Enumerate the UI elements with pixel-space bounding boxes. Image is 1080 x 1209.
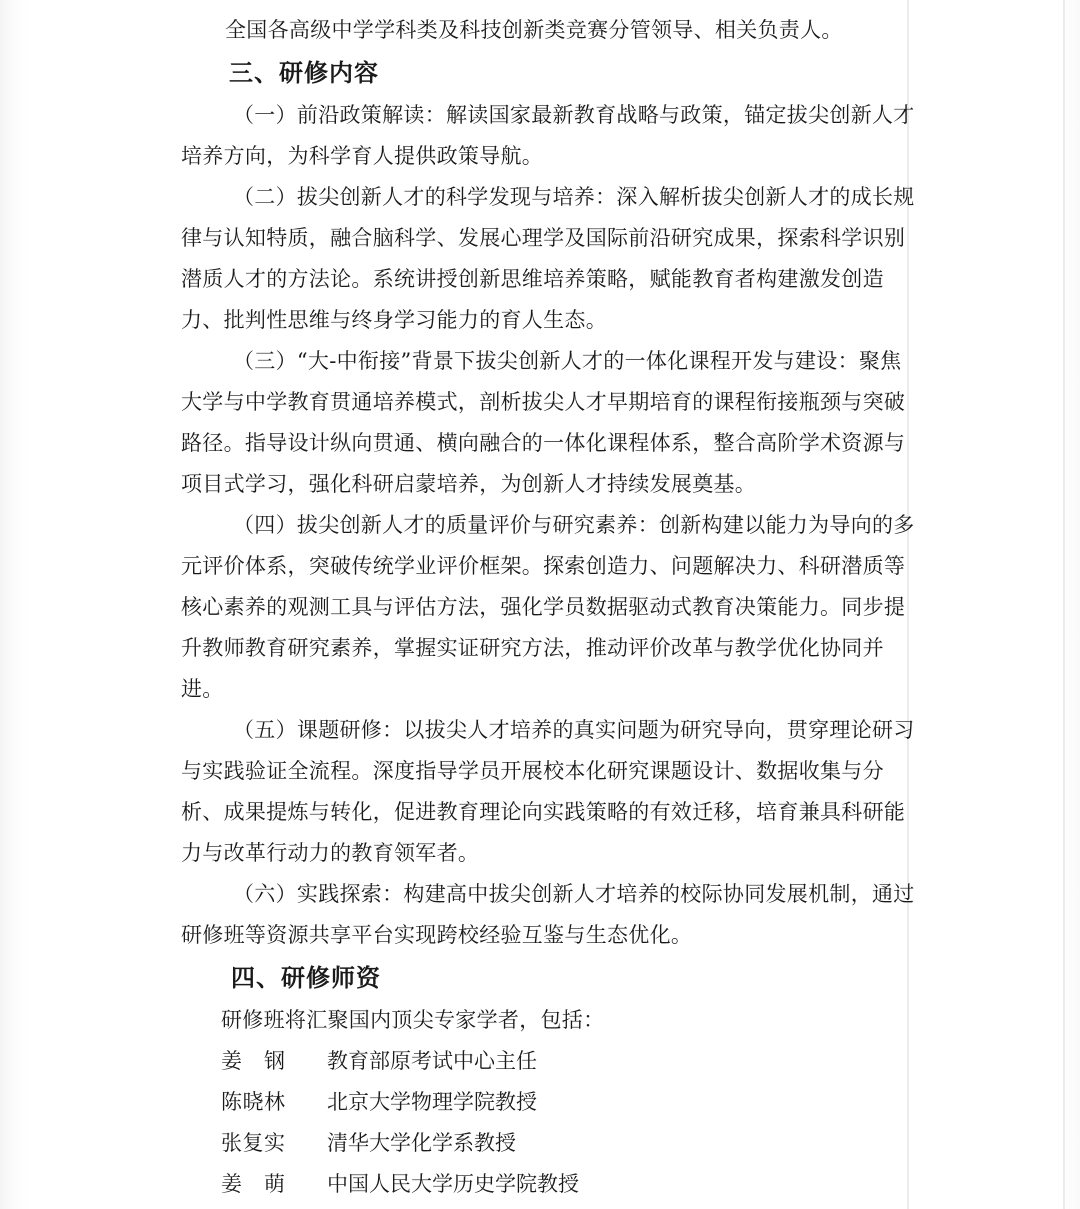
text-line: 析、成果提炼与转化，促进教育理论向实践策略的有效迁移，培育兼具科研能 — [181, 792, 909, 833]
paragraph-research-topic: （五）课题研修：以拔尖人才培养的真实问题为研究导向，贯穿理论研习 与实践验证全流… — [181, 710, 909, 874]
faculty-title: 清华大学化学系教授 — [327, 1123, 516, 1164]
text-line: 大学与中学教育贯通培养模式，剖析拔尖人才早期培育的课程衔接瓶颈与突破 — [181, 382, 909, 423]
text-line: 与实践验证全流程。深度指导学员开展校本化研究课题设计、数据收集与分 — [181, 751, 909, 792]
text-line: （二）拔尖创新人才的科学发现与培养：深入解析拔尖创新人才的成长规 — [181, 177, 909, 218]
text-line: 潜质人才的方法论。系统讲授创新思维培养策略，赋能教育者构建激发创造 — [181, 259, 909, 300]
section-heading-faculty: 四、研修师资 — [181, 956, 909, 1000]
paragraph-practice: （六）实践探索：构建高中拔尖创新人才培养的校际协同发展机制，通过 研修班等资源共… — [181, 874, 909, 956]
text-line: 力与改革行动力的教育领军者。 — [181, 833, 909, 874]
text-line: 力、批判性思维与终身学习能力的育人生态。 — [181, 300, 909, 341]
faculty-title: 北京大学物理学院教授 — [327, 1082, 537, 1123]
faculty-title: 教育部原考试中心主任 — [327, 1041, 537, 1082]
document-page: 全国各高级中学学科类及科技创新类竞赛分管领导、相关负责人。 三、研修内容 （一）… — [0, 0, 1080, 1209]
preceding-text-line: 全国各高级中学学科类及科技创新类竞赛分管领导、相关负责人。 — [181, 10, 909, 51]
text-line: 项目式学习，强化科研启蒙培养，为创新人才持续发展奠基。 — [181, 464, 909, 505]
paragraph-policy: （一）前沿政策解读：解读国家最新教育战略与政策，锚定拔尖创新人才 培养方向，为科… — [181, 95, 909, 177]
faculty-title: 中国人民大学历史学院教授 — [327, 1164, 579, 1205]
text-line: （六）实践探索：构建高中拔尖创新人才培养的校际协同发展机制，通过 — [181, 874, 909, 915]
paragraph-discovery: （二）拔尖创新人才的科学发现与培养：深入解析拔尖创新人才的成长规 律与认知特质，… — [181, 177, 909, 341]
faculty-list: 姜 钢 教育部原考试中心主任 陈晓林 北京大学物理学院教授 张复实 清华大学化学… — [181, 1041, 909, 1205]
faculty-row: 陈晓林 北京大学物理学院教授 — [221, 1082, 909, 1123]
text-line: 培养方向，为科学育人提供政策导航。 — [181, 136, 909, 177]
faculty-name: 姜 萌 — [221, 1164, 327, 1205]
faculty-intro: 研修班将汇聚国内顶尖专家学者，包括： — [181, 1000, 909, 1041]
section-heading-content: 三、研修内容 — [179, 51, 909, 95]
faculty-name: 张复实 — [221, 1123, 327, 1164]
document-body: 全国各高级中学学科类及科技创新类竞赛分管领导、相关负责人。 三、研修内容 （一）… — [181, 10, 909, 1205]
paragraph-curriculum: （三）“大-中衔接”背景下拔尖创新人才的一体化课程开发与建设：聚焦 大学与中学教… — [181, 341, 909, 505]
text-line: 进。 — [181, 669, 909, 710]
scan-artifact-line — [1063, 0, 1065, 1209]
text-line: （四）拔尖创新人才的质量评价与研究素养：创新构建以能力为导向的多 — [181, 505, 909, 546]
text-line: 元评价体系，突破传统学业评价框架。探索创造力、问题解决力、科研潜质等 — [181, 546, 909, 587]
text-line: 研修班等资源共享平台实现跨校经验互鉴与生态优化。 — [181, 915, 909, 956]
text-line: 律与认知特质，融合脑科学、发展心理学及国际前沿研究成果，探索科学识别 — [181, 218, 909, 259]
faculty-row: 姜 萌 中国人民大学历史学院教授 — [221, 1164, 909, 1205]
text-line: （五）课题研修：以拔尖人才培养的真实问题为研究导向，贯穿理论研习 — [181, 710, 909, 751]
faculty-name: 陈晓林 — [221, 1082, 327, 1123]
text-line: （一）前沿政策解读：解读国家最新教育战略与政策，锚定拔尖创新人才 — [181, 95, 909, 136]
faculty-row: 张复实 清华大学化学系教授 — [221, 1123, 909, 1164]
text-line: 升教师教育研究素养，掌握实证研究方法，推动评价改革与教学优化协同并 — [181, 628, 909, 669]
text-line: 路径。指导设计纵向贯通、横向融合的一体化课程体系，整合高阶学术资源与 — [181, 423, 909, 464]
faculty-row: 姜 钢 教育部原考试中心主任 — [221, 1041, 909, 1082]
faculty-name: 姜 钢 — [221, 1041, 327, 1082]
text-line: 核心素养的观测工具与评估方法，强化学员数据驱动式教育决策能力。同步提 — [181, 587, 909, 628]
text-line: （三）“大-中衔接”背景下拔尖创新人才的一体化课程开发与建设：聚焦 — [181, 341, 909, 382]
paragraph-evaluation: （四）拔尖创新人才的质量评价与研究素养：创新构建以能力为导向的多 元评价体系，突… — [181, 505, 909, 710]
